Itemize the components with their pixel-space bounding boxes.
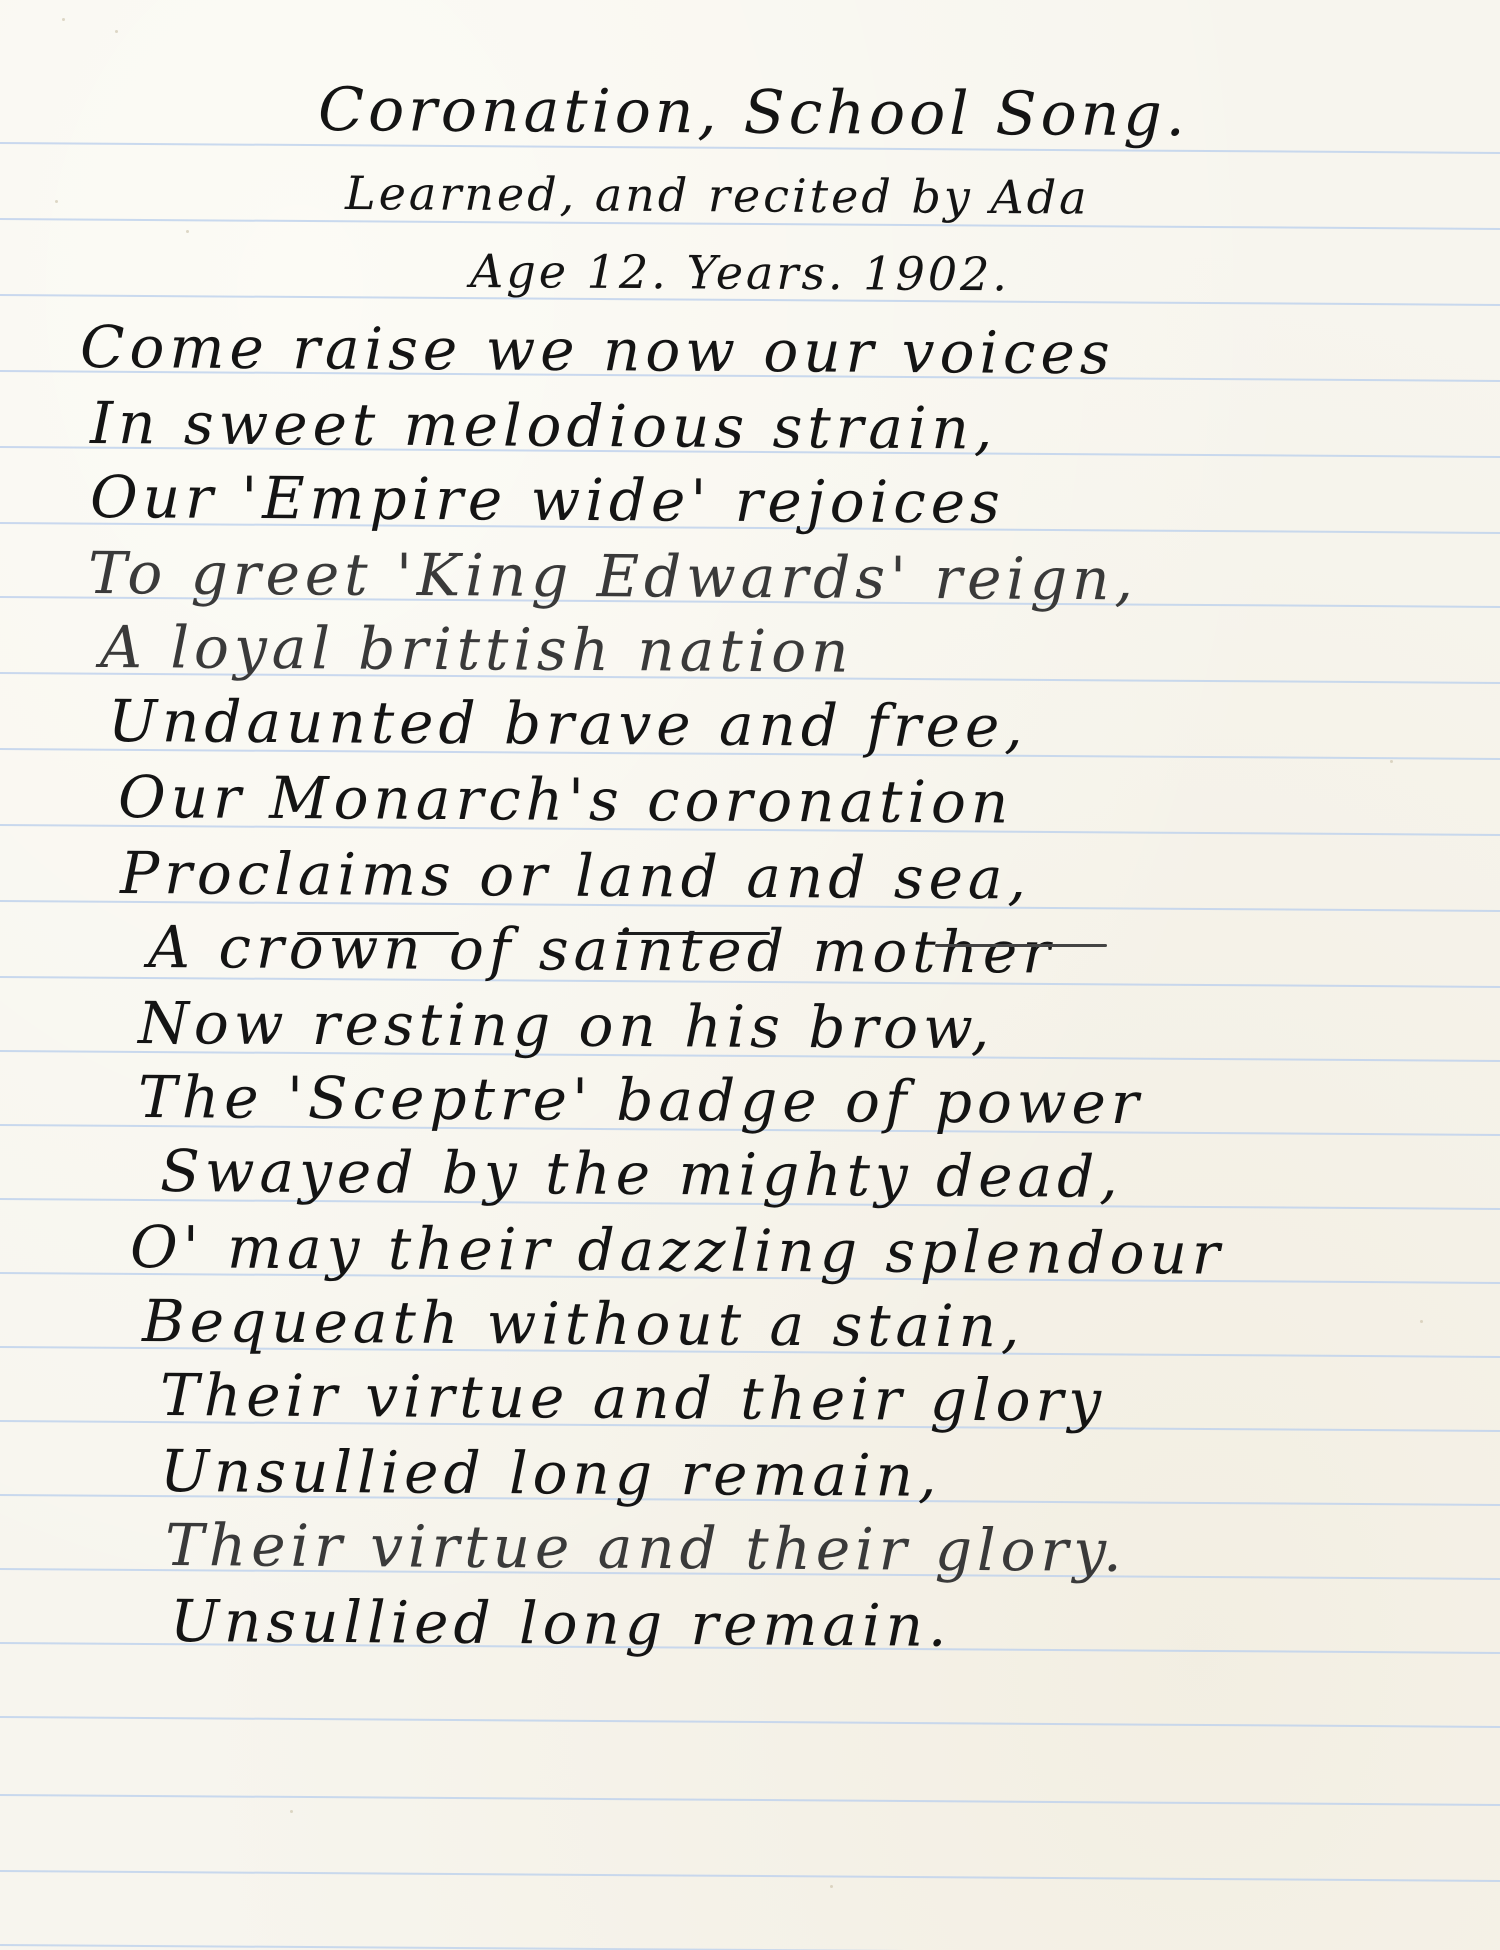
paper-speck (55, 200, 58, 203)
paper-speck (1420, 1320, 1423, 1323)
underline-proclaims (297, 932, 459, 935)
paper-speck (186, 230, 189, 233)
poem-line: Our Monarch's coronation (118, 768, 1013, 831)
notebook-page: Coronation, School Song. Learned, and re… (0, 0, 1500, 1950)
rule-line (0, 1944, 1500, 1950)
page-title: Coronation, School Song. (318, 80, 1189, 145)
poem-line: Bequeath without a stain, (142, 1292, 1025, 1355)
paper-speck (62, 18, 65, 21)
underline-land (618, 932, 770, 935)
poem-line: Their virtue and their glory. (165, 1516, 1127, 1580)
poem-line: Unsullied long remain, (160, 1442, 942, 1505)
poem-line: To greet 'King Edwards' reign, (88, 544, 1138, 608)
poem-line: A crown of sainted mother (148, 918, 1055, 982)
poem-line: Proclaims or land and sea, (120, 844, 1031, 908)
rule-line (0, 1794, 1500, 1806)
poem-line: Unsullied long remain. (170, 1592, 952, 1655)
recited-by-line: Learned, and recited by Ada (345, 170, 1090, 221)
poem-line: In sweet melodious strain, (90, 394, 998, 458)
poem-line: Undaunted brave and free, (108, 692, 1028, 756)
poem-line: The 'Sceptre' badge of power (138, 1068, 1144, 1132)
poem-line: Their virtue and their glory (160, 1366, 1106, 1430)
poem-line: Swayed by the mighty dead, (160, 1142, 1123, 1206)
poem-line: Our 'Empire wide' rejoices (90, 468, 1005, 532)
paper-speck (830, 1885, 833, 1888)
rule-line (0, 1870, 1500, 1882)
poem-line: Now resting on his brow, (138, 994, 994, 1057)
paper-speck (115, 30, 118, 33)
poem-line: O' may their dazzling splendour (130, 1218, 1225, 1283)
rule-line (0, 1716, 1500, 1728)
paper-speck (290, 1810, 293, 1813)
underline-sea (935, 944, 1107, 947)
poem-line: Come raise we now our voices (80, 318, 1115, 382)
paper-speck (1390, 760, 1393, 763)
poem-line: A loyal brittish nation (100, 618, 854, 681)
age-year-line: Age 12. Years. 1902. (470, 248, 1010, 297)
